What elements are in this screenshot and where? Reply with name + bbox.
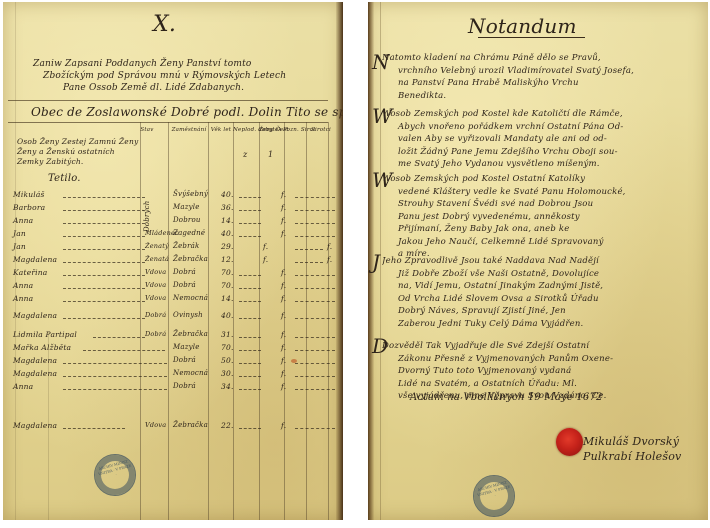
mark: f. bbox=[263, 255, 277, 264]
status: Vdova bbox=[145, 294, 175, 302]
table-row: Anna Vdova Nemocná 14. f. bbox=[13, 294, 335, 307]
text-line: Již Dobře Zboží vše Naši Ostatně, Dovolu… bbox=[382, 268, 700, 281]
person-name: Jan bbox=[13, 242, 26, 251]
left-manuscript-page: X. Zaniw Zapsani Poddanych Ženy Panství … bbox=[3, 2, 343, 520]
archive-stamp: ARCHIV MINIST. VNITRA · V PRAZE · bbox=[473, 475, 515, 517]
mark: f. bbox=[281, 203, 293, 212]
age: 70. bbox=[221, 281, 241, 290]
text-line: Jakou Jeho Naučí, Celkemně Lidé Spravova… bbox=[382, 236, 700, 249]
mark: f. bbox=[327, 255, 337, 264]
archive-stamp: ARCHIV MINIST. VNITRA · V PRAZE · bbox=[94, 454, 136, 496]
status: Dobrá bbox=[145, 311, 175, 319]
age: 31. bbox=[221, 330, 241, 339]
text-line: vrchního Velebný urozil Vladimírovatel S… bbox=[382, 65, 700, 78]
mark: f. bbox=[281, 281, 293, 290]
status: Vdova bbox=[145, 268, 175, 276]
stamp-text: ARCHIV MINIST. VNITRA · V PRAZE · bbox=[96, 459, 135, 483]
signature-line: Mikuláš Dvorský bbox=[583, 434, 681, 449]
signature-line: Pulkrabí Holešov bbox=[583, 449, 681, 464]
text-line: Od Vrcha Lidé Slovem Ovsa a Sirotků Úřad… bbox=[382, 293, 700, 306]
mark: f. bbox=[327, 242, 337, 251]
person-name: Anna bbox=[13, 294, 33, 303]
status: Vdova bbox=[145, 281, 175, 289]
occupation: Žebračka bbox=[173, 255, 219, 263]
mark: f. bbox=[281, 294, 293, 303]
person-name: Mařka Alžběta bbox=[13, 343, 71, 352]
column-header: Sirotci bbox=[307, 127, 335, 134]
table-row: Jan Mládenec Zagedné 40. f. bbox=[13, 229, 335, 242]
table-row: Jan Ženatý Žebrák 29. f. f. bbox=[13, 242, 335, 255]
paragraph: Natomto kladení na Chrámu Páně dělo se P… bbox=[382, 52, 700, 102]
paragraph: Jeho Zpravodlivě Jsou také Naddava Nad N… bbox=[382, 255, 700, 330]
age: 40. bbox=[221, 311, 241, 320]
table-row: Magdalena Vdova Žebračka 22. f. bbox=[13, 421, 335, 434]
age: 12. bbox=[221, 255, 241, 264]
table-row: Lidmila Partipal Dobrá Žebračka 31. f. bbox=[13, 330, 335, 343]
paragraph: Wosob Zemských pod Kostel kde Katoličtí … bbox=[382, 108, 700, 171]
age: 34. bbox=[221, 382, 241, 391]
status: Ženatý bbox=[145, 242, 175, 250]
person-name: Mikuláš bbox=[13, 190, 45, 199]
folio-mark: X. bbox=[153, 12, 176, 37]
text-line: Wosob Zemských pod Kostel kde Katoličtí … bbox=[382, 108, 700, 121]
occupation: Ovinysh bbox=[173, 311, 219, 319]
person-name: Lidmila Partipal bbox=[13, 330, 77, 339]
heading-line: Pane Ossob Země dl. Lidé Zdabanych. bbox=[33, 82, 286, 94]
table-row: Mikuláš Švýšebný 40. f. bbox=[13, 190, 335, 203]
table-row: Anna Dobrá 34. f. bbox=[13, 382, 335, 395]
occupation: Dobrá bbox=[173, 281, 219, 289]
text-line: Benedikta. bbox=[382, 90, 700, 103]
mark: f. bbox=[281, 343, 293, 352]
text-line: Lidé na Svatém, a Ostatních Úřadu: Ml. bbox=[382, 378, 700, 391]
text-line: na Panství Pana Hrabě Maliskýho Vrchu bbox=[382, 77, 700, 90]
column-header: Neplod. dobytek bbox=[233, 127, 261, 134]
dateline: Actum na Vbolličnych 19 Maye 1672 bbox=[410, 392, 603, 403]
occupation: Dobrou bbox=[173, 216, 219, 224]
person-name: Barbora bbox=[13, 203, 45, 212]
text-line: Wosob Zemských pod Kostel Ostatní Katolí… bbox=[382, 173, 700, 186]
person-name: Magdalena bbox=[13, 369, 57, 378]
occupation: Dobrá bbox=[173, 356, 219, 364]
age: 70. bbox=[221, 343, 241, 352]
column-header: Stav bbox=[133, 127, 161, 134]
text-line: Jeho Zpravodlivě Jsou také Naddava Nad N… bbox=[382, 255, 700, 268]
text-line: Strouhy Stavení Švédi své nad Dobrou Jso… bbox=[382, 198, 700, 211]
table-row: Kateřina Vdova Dobrá 70. f. bbox=[13, 268, 335, 281]
text-line: Přijímaní, Ženy Baby Jak ona, aneb ke bbox=[382, 223, 700, 236]
paragraph: Wosob Zemských pod Kostel Ostatní Katolí… bbox=[382, 173, 700, 261]
age: 36. bbox=[221, 203, 241, 212]
occupation: Žebračka bbox=[173, 330, 219, 338]
text-line: Abych vnořeno pořádkem vrchní Ostatní Pá… bbox=[382, 121, 700, 134]
ink-stain bbox=[291, 359, 297, 363]
person-name: Anna bbox=[13, 281, 33, 290]
header-rule bbox=[8, 122, 328, 123]
mark: f. bbox=[281, 229, 293, 238]
age: 50. bbox=[221, 356, 241, 365]
occupation: Mazyle bbox=[173, 343, 219, 351]
mark: f. bbox=[281, 311, 293, 320]
age: 29. bbox=[221, 242, 241, 251]
drop-initial: J bbox=[372, 252, 380, 272]
mark: f. bbox=[281, 421, 293, 430]
status: Vdova bbox=[145, 421, 175, 429]
table-row: Anna Dobrou 14. f. bbox=[13, 216, 335, 229]
status: Mládenec bbox=[145, 229, 175, 237]
age: 40. bbox=[221, 229, 241, 238]
mark: f. bbox=[281, 190, 293, 199]
text-line: Dvorný Tuto toto Vyjmenovaný vydaná bbox=[382, 365, 700, 378]
mark: f. bbox=[263, 242, 277, 251]
column-caption: Osob Ženy Zestej Zamnú Ženy Ženy a Žensk… bbox=[17, 137, 142, 167]
occupation: Zagedné bbox=[173, 229, 219, 237]
mark: f. bbox=[281, 382, 293, 391]
table-row: Magdalena Nemocná 30. f. bbox=[13, 369, 335, 382]
person-name: Magdalena bbox=[13, 311, 57, 320]
age: 14. bbox=[221, 216, 241, 225]
table-row: Mařka Alžběta Mazyle 70. f. bbox=[13, 343, 335, 356]
person-name: Magdalena bbox=[13, 421, 57, 430]
mark: f. bbox=[281, 268, 293, 277]
occupation: Nemocná bbox=[173, 294, 219, 302]
red-wax-seal bbox=[556, 428, 583, 456]
stamp-text: ARCHIV MINIST. VNITRA · V PRAZE · bbox=[475, 480, 514, 504]
subheading: Tetilo. bbox=[48, 173, 81, 184]
text-line: Zaberou Jedni Tuky Celý Dáma Vyjádřen. bbox=[382, 318, 700, 331]
status: Ženatá bbox=[145, 255, 175, 263]
age: 70. bbox=[221, 268, 241, 277]
text-line: Dozvěděl Tak Vyjadřuje dle Své Zdejší Os… bbox=[382, 340, 700, 353]
signature: Mikuláš Dvorský Pulkrabí Holešov bbox=[583, 434, 681, 464]
text-line: Natomto kladení na Chrámu Páně dělo se P… bbox=[382, 52, 700, 65]
occupation: Dobrá bbox=[173, 382, 219, 390]
occupation: Nemocná bbox=[173, 369, 219, 377]
age: 22. bbox=[221, 421, 241, 430]
table-row: Anna Vdova Dobrá 70. f. bbox=[13, 281, 335, 294]
age: 40. bbox=[221, 190, 241, 199]
text-line: Dobrý Náves, Spravují Zjistí Jiné, Jen bbox=[382, 305, 700, 318]
mark: f. bbox=[281, 216, 293, 225]
heading-line: Zaniw Zapsani Poddanych Ženy Panství tom… bbox=[33, 58, 286, 70]
header-mark: z bbox=[243, 150, 247, 159]
age: 30. bbox=[221, 369, 241, 378]
person-name: Anna bbox=[13, 382, 33, 391]
header-rule bbox=[8, 100, 328, 101]
mark: f. bbox=[281, 330, 293, 339]
text-line: vedené Kláštery vedle ke Svaté Panu Holo… bbox=[382, 186, 700, 199]
page-heading: Zaniw Zapsani Poddanych Ženy Panství tom… bbox=[33, 58, 286, 94]
table-row: Magdalena Dobrá Ovinysh 40. f. bbox=[13, 311, 335, 324]
status: Dobrá bbox=[145, 330, 175, 338]
age: 14. bbox=[221, 294, 241, 303]
table-row: Barbora Mazyle 36. f. bbox=[13, 203, 335, 216]
text-line: Zákonu Přesně z Vyjmenovaných Panům Oxen… bbox=[382, 353, 700, 366]
person-name: Magdalena bbox=[13, 255, 57, 264]
table-row: Magdalena Dobrá 50. f. bbox=[13, 356, 335, 369]
occupation: Žebračka bbox=[173, 421, 219, 429]
text-line: na, Vidí Jemu, Ostatní Jinakým Zadnými J… bbox=[382, 280, 700, 293]
person-name: Magdalena bbox=[13, 356, 57, 365]
person-name: Kateřina bbox=[13, 268, 47, 277]
page-title: Notandum bbox=[468, 14, 577, 38]
person-name: Anna bbox=[13, 216, 33, 225]
mark: f. bbox=[281, 369, 293, 378]
person-name: Jan bbox=[13, 229, 26, 238]
occupation: Dobrá bbox=[173, 268, 219, 276]
text-line: ložit Žádný Pane Jemu Zdejšího Vrchu Obo… bbox=[382, 146, 700, 159]
occupation: Švýšebný bbox=[173, 190, 219, 198]
header-mark: 1 bbox=[268, 150, 273, 159]
occupation: Mazyle bbox=[173, 203, 219, 211]
text-line: Panu jest Dobrý vyvedenému, anněkosty bbox=[382, 211, 700, 224]
text-line: me Svatý Jeho Vydanou vysvětleno míšeným… bbox=[382, 158, 700, 171]
column-header: Zaměstnání bbox=[171, 127, 207, 134]
section-title: Obec de Zoslawonské Dobré podl. Dolin Ti… bbox=[31, 105, 343, 119]
table-row: Magdalena Ženatá Žebračka 12. f. f. bbox=[13, 255, 335, 268]
column-header: Věk let bbox=[207, 127, 235, 134]
heading-line: Zbožíckým pod Správou mnú v Rýmovských L… bbox=[33, 70, 286, 82]
right-manuscript-page: Notandum N Natomto kladení na Chrámu Pán… bbox=[368, 2, 708, 520]
occupation: Žebrák bbox=[173, 242, 219, 250]
text-line: valen Aby se vyřizovali Mandaty ale ani … bbox=[382, 133, 700, 146]
